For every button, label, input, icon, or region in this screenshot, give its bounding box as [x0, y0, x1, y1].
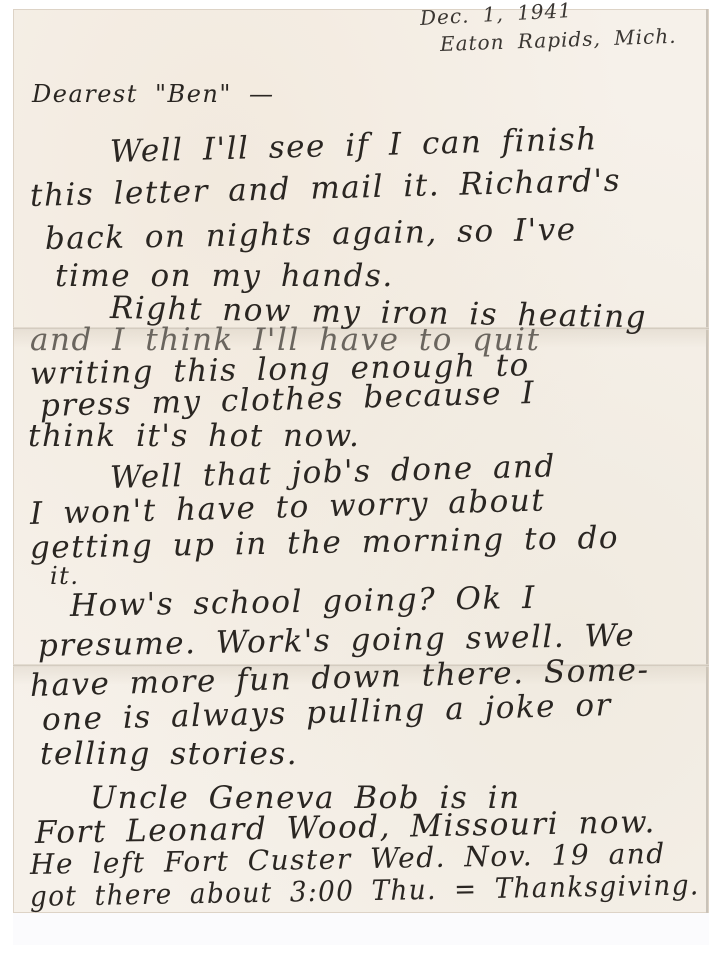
scan-margin [13, 913, 709, 945]
salutation: Dearest "Ben" — [32, 80, 275, 108]
paper-edge [706, 9, 708, 913]
letter-line-13: it. [50, 562, 79, 590]
letter-line-4: time on my hands. [55, 258, 394, 294]
letter-line-9: think it's hot now. [28, 418, 360, 454]
letter-line-18: telling stories. [40, 736, 298, 772]
